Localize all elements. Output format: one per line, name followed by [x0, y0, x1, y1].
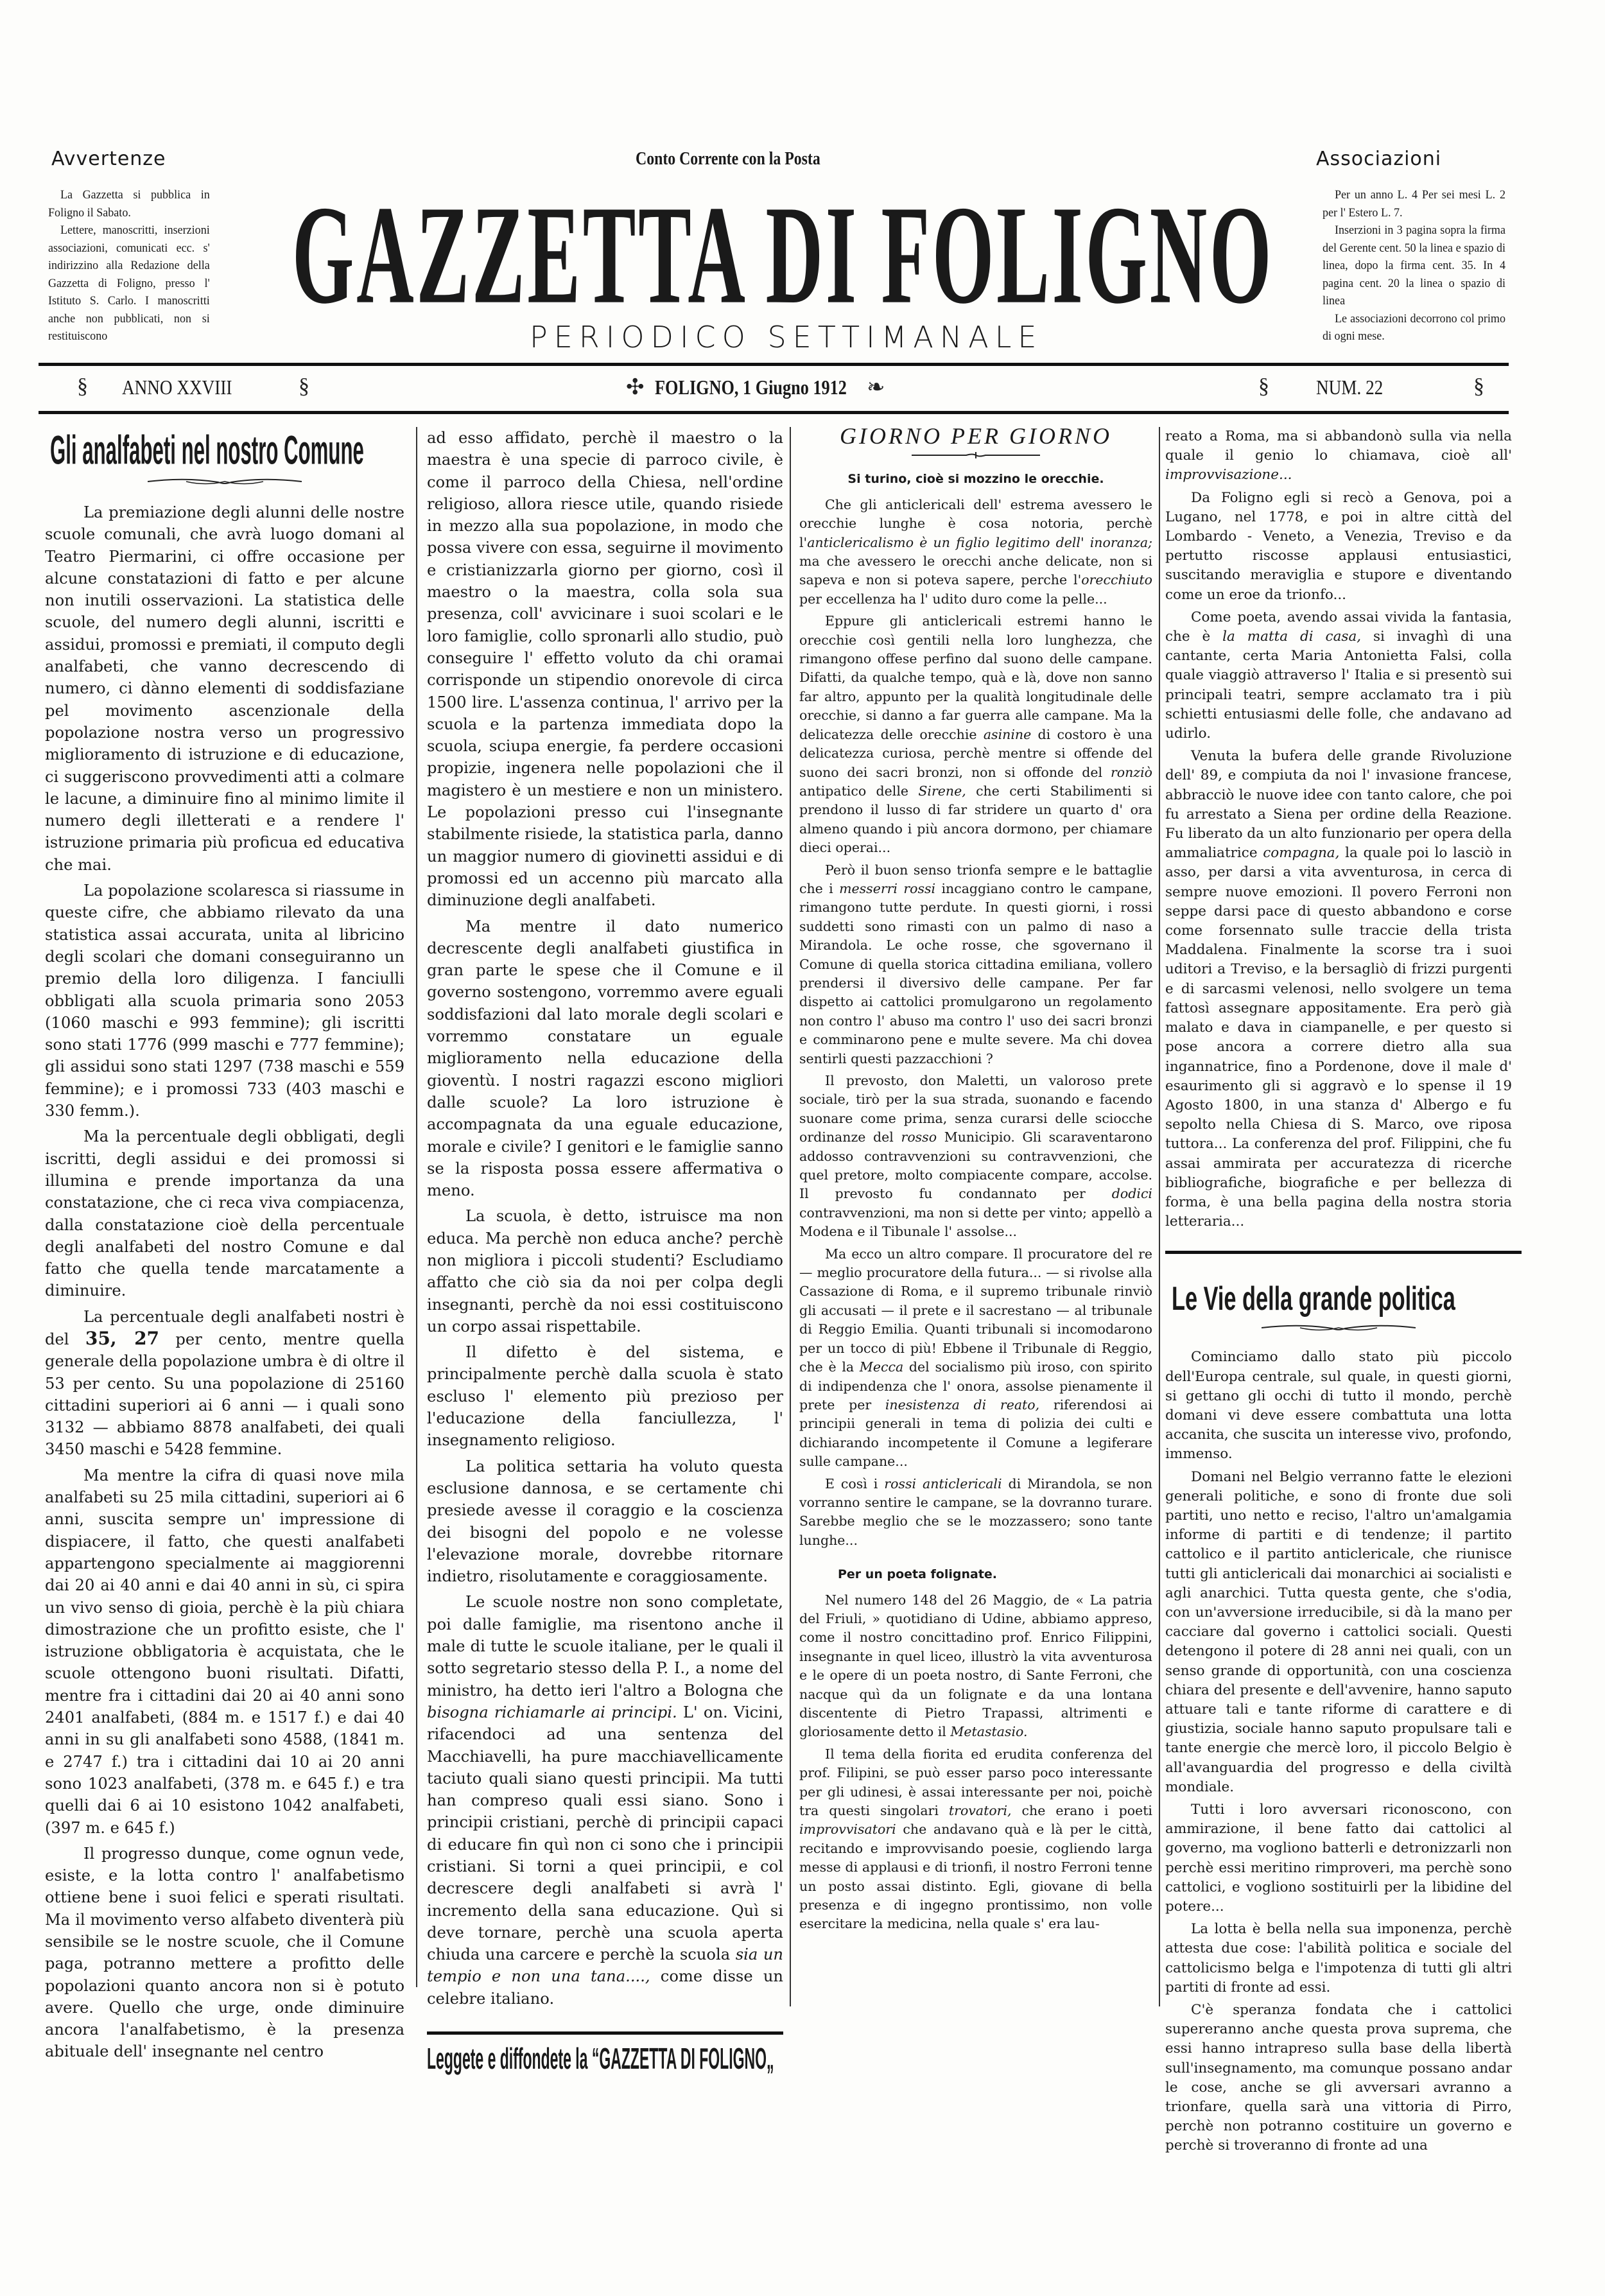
text-run: Eppure gli anticlericali estremi hanno l… — [799, 613, 1152, 742]
text-run: Venuta la bufera delle grande Rivoluzion… — [1165, 748, 1512, 861]
notices-heading: Avvertenze — [51, 148, 166, 170]
article-paragraph: Domani nel Belgio verranno fatte le elez… — [1165, 1468, 1512, 1797]
article-headline: Le Vie della grande politica — [1172, 1280, 1506, 1318]
fleuron-icon: ✣ — [626, 374, 645, 400]
italic-text: compagna, — [1263, 845, 1339, 861]
article-paragraph: Il progresso dunque, come ognun vede, es… — [45, 1843, 404, 2063]
text-run: reato a Roma, ma si abbandonò sulla via … — [1165, 428, 1512, 464]
italic-text: rosso — [901, 1129, 937, 1145]
italic-text: Sirene, — [918, 783, 966, 799]
article-paragraph: Nel numero 148 del 26 Maggio, de « La pa… — [799, 1591, 1152, 1742]
article-paragraph: Cominciamo dallo stato più piccolo dell'… — [1165, 1348, 1512, 1464]
text-run: la quale poi lo lasciò in asso, per dars… — [1165, 845, 1512, 1230]
text-run: Le scuole nostre non sono completate, po… — [427, 1593, 783, 1699]
italic-text: improvvisatori — [799, 1822, 896, 1837]
bottom-rule — [39, 411, 1509, 414]
fleuron-icon: ❧ — [867, 374, 885, 400]
section-rule — [1165, 1251, 1522, 1254]
article-headline: Gli analfabeti nel nostro Comune — [50, 427, 404, 474]
column-1: Gli analfabeti nel nostro Comune La prem… — [45, 427, 404, 2067]
article-paragraph: Tutti i loro avversari riconoscono, con … — [1165, 1800, 1512, 1917]
column-2: ad esso affidato, perchè il maestro o la… — [427, 427, 783, 2069]
text-run: Nel numero 148 del 26 Maggio, de « La pa… — [799, 1592, 1152, 1740]
text-run: Ma ecco un altro compare. Il procuratore… — [799, 1246, 1152, 1375]
italic-text: dodici — [1112, 1186, 1152, 1201]
newspaper-title: GAZZETTA DI FOLIGNO — [292, 185, 913, 326]
article-paragraph: La politica settaria ha voluto questa es… — [427, 1456, 783, 1588]
subscription-rates: Per un anno L. 4 Per sei mesi L. 2 per l… — [1323, 186, 1505, 345]
text-run: contravvenzioni, ma non si dette per vin… — [799, 1205, 1152, 1239]
italic-text: trovatori, — [949, 1803, 1012, 1818]
article-paragraph: Da Foligno egli si recò a Genova, poi a … — [1165, 489, 1512, 605]
article-paragraph: La popolazione scolaresca si riassume in… — [45, 880, 404, 1122]
newspaper-subtitle: PERIODICO SETTIMANALE — [530, 320, 1043, 354]
notice-paragraph: Lettere, manoscritti, inserzioni associa… — [48, 222, 210, 345]
postal-account-note: Conto Corrente con la Posta — [636, 149, 820, 170]
vertical-ornament-icon: § — [1473, 374, 1484, 399]
vertical-ornament-icon: § — [299, 374, 309, 399]
article-paragraph: Però il buon senso trionfa sempre e le b… — [799, 861, 1152, 1068]
italic-text: orecchiuto — [1081, 572, 1152, 587]
article-paragraph: La scuola, è detto, istruisce ma non edu… — [427, 1205, 783, 1337]
flourish-divider-icon — [1262, 1322, 1416, 1334]
rule-ornament-icon — [912, 449, 1040, 461]
italic-text: improvvisazione... — [1165, 467, 1292, 483]
article-paragraph: Che gli anticlericali dell' estrema aves… — [799, 496, 1152, 609]
text-run: per eccellenza ha l' udito duro come la … — [799, 591, 1107, 607]
italic-text: rossi anticlericali — [884, 1476, 1002, 1492]
article-paragraph: Il difetto è del sistema, e principalmen… — [427, 1341, 783, 1451]
italic-text: bisogna richiamarle ai principi. — [427, 1703, 677, 1721]
article-paragraph: C'è speranza fondata che i cattolici sup… — [1165, 2001, 1512, 2156]
italic-text: messerri rossi — [839, 881, 935, 896]
article-paragraph: Venuta la bufera delle grande Rivoluzion… — [1165, 747, 1512, 1231]
section-headline: GIORNO PER GIORNO — [799, 427, 1152, 446]
article-paragraph: Ma ecco un altro compare. Il procuratore… — [799, 1245, 1152, 1472]
article-paragraph: Come poeta, avendo assai vivida la fanta… — [1165, 608, 1512, 744]
top-rule — [39, 363, 1509, 366]
promo-rule — [427, 2031, 783, 2035]
article-paragraph: Ma la percentuale degli obbligati, degli… — [45, 1126, 404, 1301]
article-paragraph: Il prevosto, don Maletti, un valoroso pr… — [799, 1072, 1152, 1242]
article-paragraph: reato a Roma, ma si abbandonò sulla via … — [1165, 427, 1512, 485]
column-divider — [416, 427, 417, 1987]
subscriptions-heading: Associazioni — [1316, 148, 1441, 170]
article-columns: Gli analfabeti nel nostro Comune La prem… — [39, 427, 1509, 2225]
italic-text: ronziò — [1111, 765, 1152, 780]
illiteracy-percentage: 35, 27 — [85, 1328, 159, 1349]
article-paragraph: Il tema della fiorita ed erudita confere… — [799, 1745, 1152, 1934]
article-paragraph: ad esso affidato, perchè il maestro o la… — [427, 427, 783, 912]
italic-text: la matta di casa, — [1222, 629, 1361, 645]
text-run: si invaghì di una cantante, certa Maria … — [1165, 629, 1512, 742]
volume-year: ANNO XXVIII — [122, 376, 232, 399]
publication-notice: La Gazzetta si pubblica in Foligno il Sa… — [48, 186, 210, 345]
text-run: antipatico delle — [799, 783, 908, 799]
italic-text: asinine — [984, 727, 1031, 742]
italic-text: Mecca — [860, 1359, 903, 1375]
text-run: E così i — [825, 1476, 878, 1492]
text-run: che andavano quà e là per le città, reci… — [799, 1822, 1152, 1931]
flourish-divider-icon — [148, 476, 302, 487]
vertical-ornament-icon: § — [1258, 374, 1269, 399]
italic-text: Metastasio. — [950, 1724, 1027, 1739]
article-paragraph: La percentuale degli analfabeti nostri è… — [45, 1306, 404, 1461]
column-divider — [790, 427, 791, 2006]
article-paragraph: La lotta è bella nella sua imponenza, pe… — [1165, 1920, 1512, 1997]
article-paragraph: Eppure gli anticlericali estremi hanno l… — [799, 612, 1152, 857]
rates-paragraph: Le associazioni decorrono col primo di o… — [1323, 310, 1505, 345]
text-run: L' on. Vicini, rifacendoci ad una senten… — [427, 1703, 783, 1963]
issue-number: NUM. 22 — [1316, 376, 1383, 399]
text-run: incaggiano contro le campane, rimangono … — [799, 881, 1152, 1066]
article-paragraph: Ma mentre il dato numerico decrescente d… — [427, 916, 783, 1202]
sub-headline: Si turino, cioè si mozzino le orecchie. — [799, 470, 1152, 489]
column-3: GIORNO PER GIORNO Si turino, cioè si moz… — [799, 427, 1152, 1937]
newspaper-page: Avvertenze Conto Corrente con la Posta A… — [39, 148, 1509, 360]
text-run: per cento, mentre quella generale della … — [45, 1330, 404, 1458]
text-run: che erano i poeti — [1022, 1803, 1152, 1818]
issue-date: FOLIGNO, 1 Giugno 1912 — [655, 376, 847, 399]
article-paragraph: E così i rossi anticlericali di Mirandol… — [799, 1475, 1152, 1551]
column-4: reato a Roma, ma si abbandonò sulla via … — [1165, 427, 1512, 2159]
rates-paragraph: Inserzioni in 3 pagina sopra la firma de… — [1323, 222, 1505, 310]
rates-paragraph: Per un anno L. 4 Per sei mesi L. 2 per l… — [1323, 186, 1505, 222]
article-paragraph: Le scuole nostre non sono completate, po… — [427, 1591, 783, 2010]
article-paragraph: La premiazione degli alunni delle nostre… — [45, 501, 404, 876]
vertical-ornament-icon: § — [77, 374, 88, 399]
italic-text: inesistenza di reato, — [885, 1397, 1039, 1413]
dateline-bar: § ANNO XXVIII § ✣ FOLIGNO, 1 Giugno 1912… — [39, 369, 1509, 408]
notice-paragraph: La Gazzetta si pubblica in Foligno il Sa… — [48, 186, 210, 222]
sub-headline: Per un poeta folignate. — [799, 1565, 1152, 1584]
promo-banner: Leggete e diffondete la “GAZZETTA DI FOL… — [427, 2048, 780, 2069]
article-paragraph: Ma mentre la cifra di quasi nove mila an… — [45, 1465, 404, 1839]
italic-text: anticlericalismo è un figlio legitimo de… — [807, 535, 1152, 550]
column-divider — [1159, 427, 1160, 2006]
masthead: Avvertenze Conto Corrente con la Posta A… — [39, 148, 1509, 360]
